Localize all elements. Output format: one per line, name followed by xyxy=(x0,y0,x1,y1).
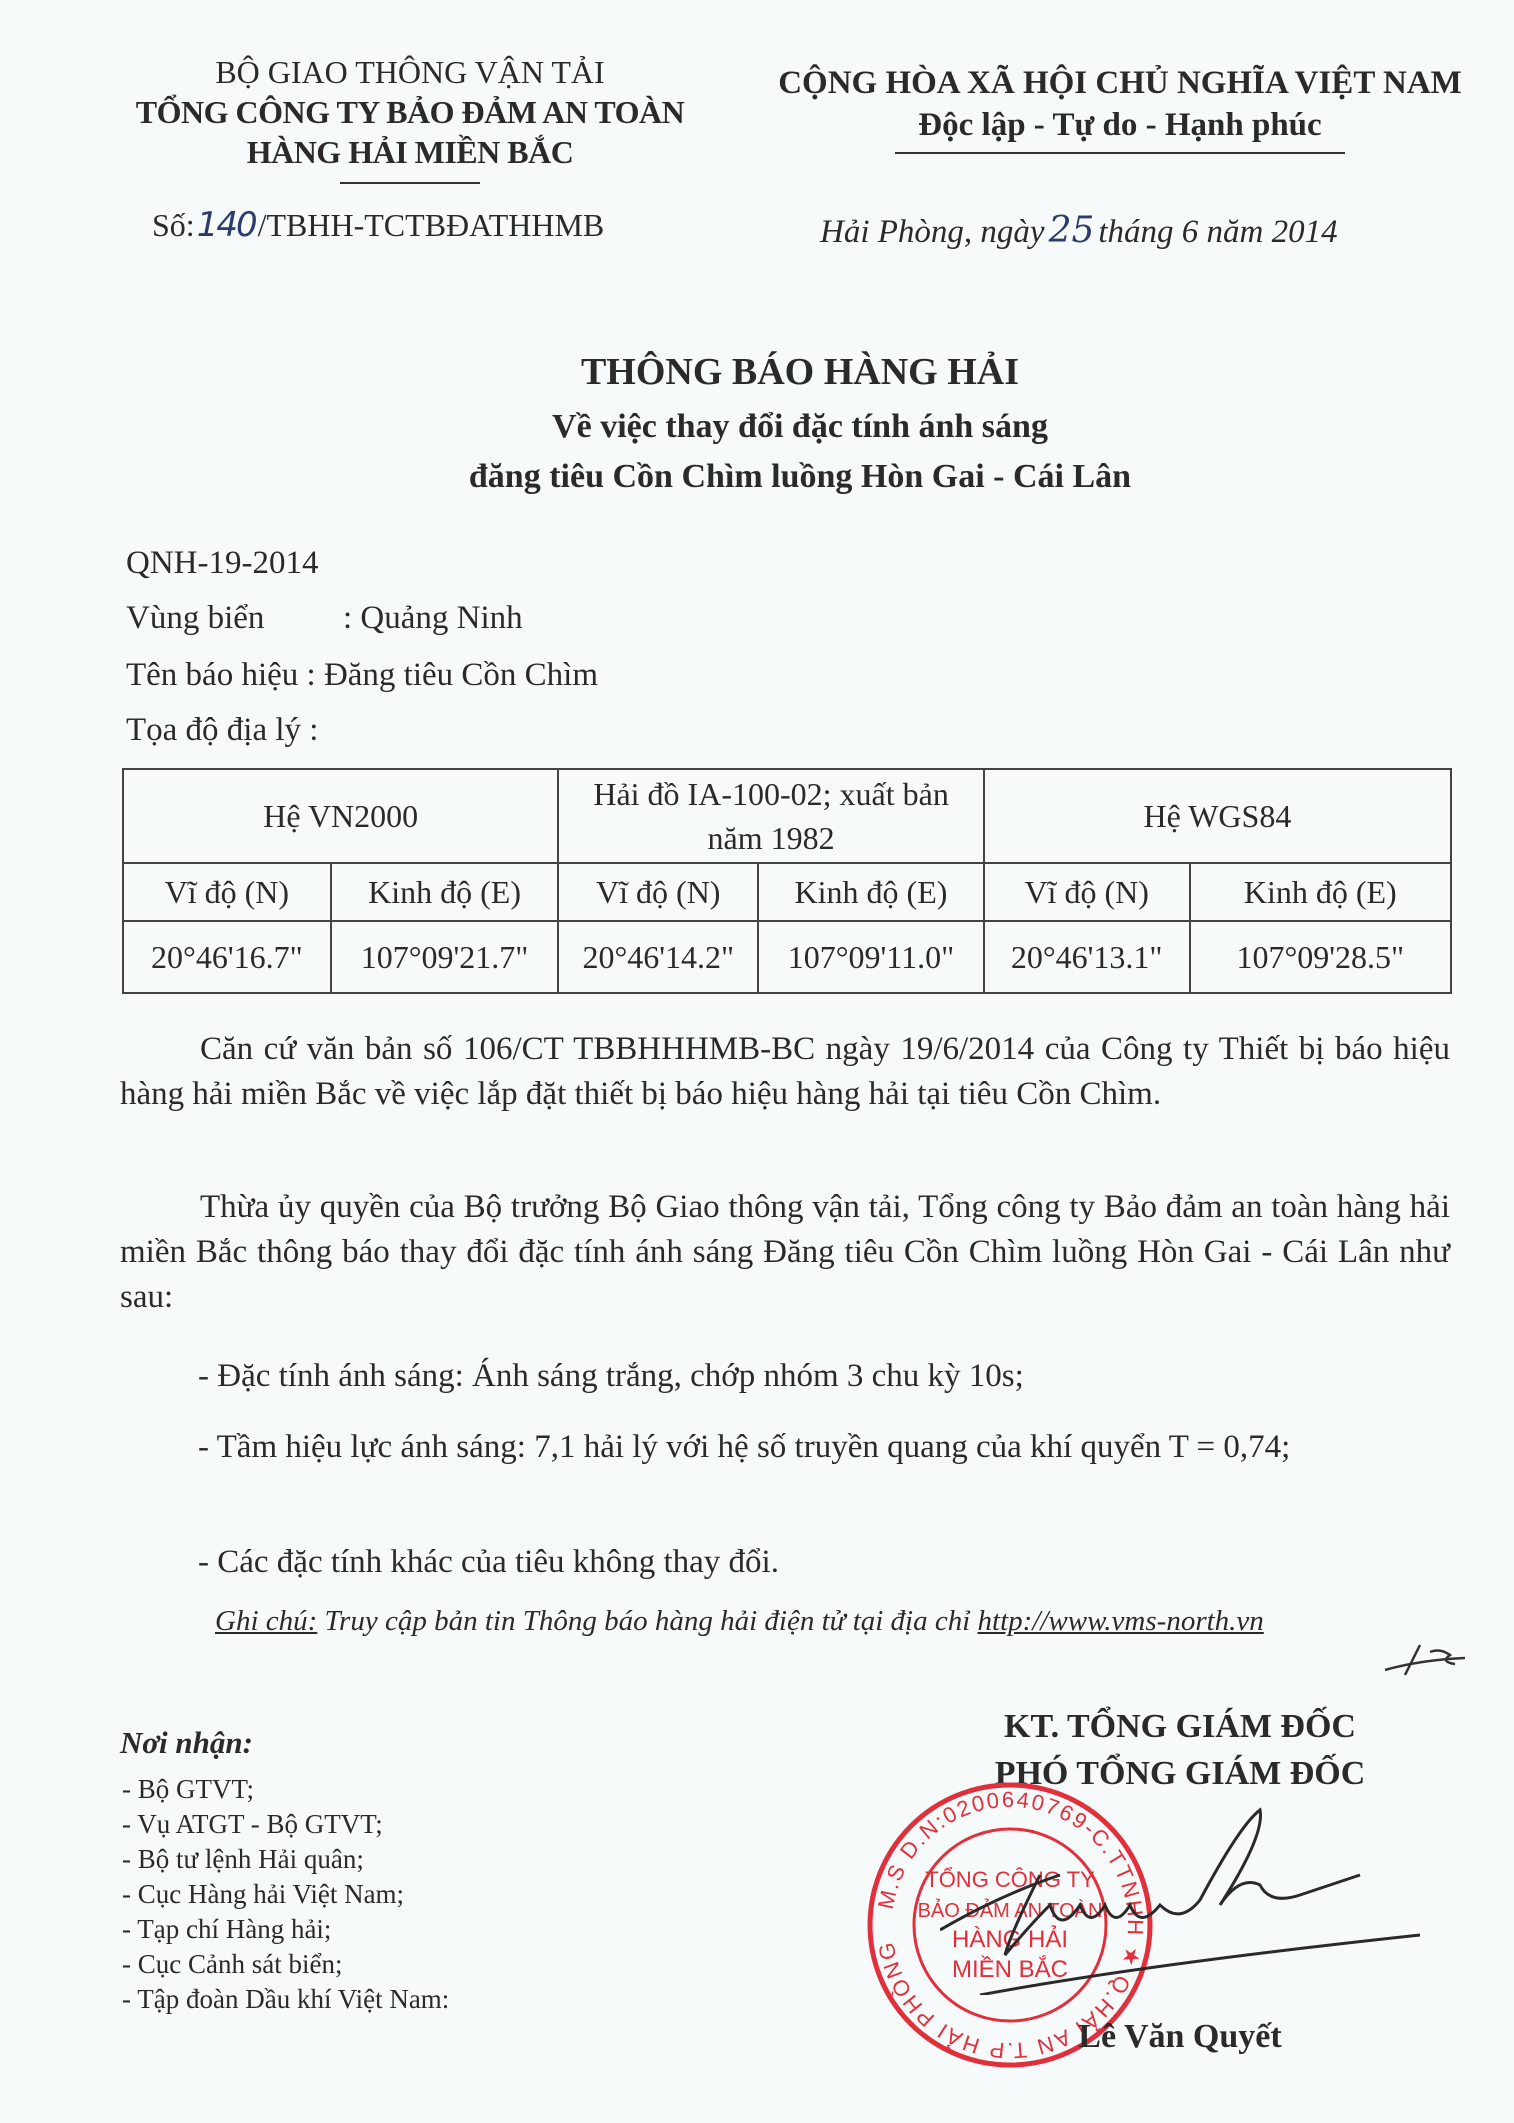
list-item: - Tập đoàn Dầu khí Việt Nam: xyxy=(122,1982,449,2017)
recipients-list: - Bộ GTVT; - Vụ ATGT - Bộ GTVT; - Bộ tư … xyxy=(122,1772,449,2017)
initials-mark xyxy=(1380,1630,1470,1680)
sea-region-label: Vùng biển xyxy=(126,600,343,637)
signer-name: Lê Văn Quyết xyxy=(900,2018,1460,2056)
coords-label: Tọa độ địa lý : xyxy=(126,712,318,749)
divider xyxy=(895,152,1345,154)
bullet-text: - Các đặc tính khác của tiêu không thay … xyxy=(120,1540,1450,1585)
column-header: Vĩ độ (N) xyxy=(558,863,758,921)
system-header: Hải đồ IA-100-02; xuất bản năm 1982 xyxy=(558,769,983,863)
list-item: - Cục Cảnh sát biển; xyxy=(122,1947,449,1982)
table-cell: 107°09'11.0" xyxy=(758,921,984,993)
issuer-block: BỘ GIAO THÔNG VẬN TẢI TỔNG CÔNG TY BẢO Đ… xyxy=(100,52,720,184)
coordinates-table: Hệ VN2000 Hải đồ IA-100-02; xuất bản năm… xyxy=(122,768,1452,994)
bullet-text: - Tầm hiệu lực ánh sáng: 7,1 hải lý với … xyxy=(120,1425,1450,1470)
bullet-light-range: - Tầm hiệu lực ánh sáng: 7,1 hải lý với … xyxy=(120,1425,1450,1470)
column-header: Kinh độ (E) xyxy=(758,863,984,921)
table-cell: 107°09'28.5" xyxy=(1190,921,1451,993)
signal-name: Tên báo hiệu : Đăng tiêu Cồn Chìm xyxy=(126,657,598,694)
note-line: Ghi chú: Truy cập bản tin Thông báo hàng… xyxy=(215,1605,1264,1638)
column-header: Kinh độ (E) xyxy=(331,863,559,921)
bullet-text: - Đặc tính ánh sáng: Ánh sáng trắng, chớ… xyxy=(120,1354,1450,1399)
list-item: - Bộ GTVT; xyxy=(122,1772,449,1807)
table-header-row: Hệ VN2000 Hải đồ IA-100-02; xuất bản năm… xyxy=(123,769,1451,863)
org-name-line1: TỔNG CÔNG TY BẢO ĐẢM AN TOÀN xyxy=(100,92,720,132)
paragraph-authority: Thừa ủy quyền của Bộ trưởng Bộ Giao thôn… xyxy=(120,1185,1450,1320)
national-heading: CỘNG HÒA XÃ HỘI CHỦ NGHĨA VIỆT NAM Độc l… xyxy=(760,62,1480,154)
date-prefix: Hải Phòng, ngày xyxy=(820,214,1045,250)
table-cell: 20°46'16.7" xyxy=(123,921,331,993)
system-header: Hệ WGS84 xyxy=(984,769,1451,863)
document-subtitle-2: đăng tiêu Cồn Chìm luồng Hòn Gai - Cái L… xyxy=(100,458,1500,496)
document-number: Số:140/TBHH-TCTBĐATHHMB xyxy=(152,205,604,245)
paragraph-basis: Căn cứ văn bản số 106/CT TBBHHHMB-BC ngà… xyxy=(120,1027,1450,1117)
table-cell: 20°46'13.1" xyxy=(984,921,1190,993)
number-prefix: Số: xyxy=(152,207,195,243)
bullet-other: - Các đặc tính khác của tiêu không thay … xyxy=(120,1540,1450,1585)
date-day: 25 xyxy=(1049,210,1095,251)
signal-name-value: : Đăng tiêu Cồn Chìm xyxy=(307,657,599,693)
list-item: - Bộ tư lệnh Hải quân; xyxy=(122,1842,449,1877)
list-item: - Tạp chí Hàng hải; xyxy=(122,1912,449,1947)
motto: Độc lập - Tự do - Hạnh phúc xyxy=(760,104,1480,146)
sea-region-value: : Quảng Ninh xyxy=(343,600,523,636)
divider xyxy=(340,182,480,184)
note-label: Ghi chú: xyxy=(215,1605,317,1637)
date-suffix: tháng 6 năm 2014 xyxy=(1098,214,1337,250)
issue-date: Hải Phòng, ngày25tháng 6 năm 2014 xyxy=(820,210,1338,251)
table-cell: 20°46'14.2" xyxy=(558,921,758,993)
document-subtitle-1: Về việc thay đổi đặc tính ánh sáng xyxy=(100,408,1500,446)
column-header: Vĩ độ (N) xyxy=(123,863,331,921)
ministry-name: BỘ GIAO THÔNG VẬN TẢI xyxy=(100,52,720,92)
handwritten-signature-icon xyxy=(940,1805,1440,1995)
list-item: - Vụ ATGT - Bộ GTVT; xyxy=(122,1807,449,1842)
recipients-title: Nơi nhận: xyxy=(120,1725,253,1761)
table-subheader-row: Vĩ độ (N) Kinh độ (E) Vĩ độ (N) Kinh độ … xyxy=(123,863,1451,921)
bullet-light-character: - Đặc tính ánh sáng: Ánh sáng trắng, chớ… xyxy=(120,1354,1450,1399)
system-header: Hệ VN2000 xyxy=(123,769,558,863)
column-header: Vĩ độ (N) xyxy=(984,863,1190,921)
table-row: 20°46'16.7" 107°09'21.7" 20°46'14.2" 107… xyxy=(123,921,1451,993)
org-name-line2: HÀNG HẢI MIỀN BẮC xyxy=(100,132,720,172)
number-handwritten: 140 xyxy=(197,205,256,245)
list-item: - Cục Hàng hải Việt Nam; xyxy=(122,1877,449,1912)
website-link[interactable]: http://www.vms-north.vn xyxy=(978,1605,1264,1637)
number-suffix: /TBHH-TCTBĐATHHMB xyxy=(258,207,605,243)
note-text: Truy cập bản tin Thông báo hàng hải điện… xyxy=(317,1605,977,1637)
signal-name-label: Tên báo hiệu xyxy=(126,657,298,693)
sea-region: Vùng biển: Quảng Ninh xyxy=(126,600,523,637)
column-header: Kinh độ (E) xyxy=(1190,863,1451,921)
document-title: THÔNG BÁO HÀNG HẢI xyxy=(100,350,1500,394)
country-name: CỘNG HÒA XÃ HỘI CHỦ NGHĨA VIỆT NAM xyxy=(760,62,1480,104)
signer-title-1: KT. TỔNG GIÁM ĐỐC xyxy=(900,1708,1460,1746)
notice-code: QNH-19-2014 xyxy=(126,545,318,582)
table-cell: 107°09'21.7" xyxy=(331,921,559,993)
